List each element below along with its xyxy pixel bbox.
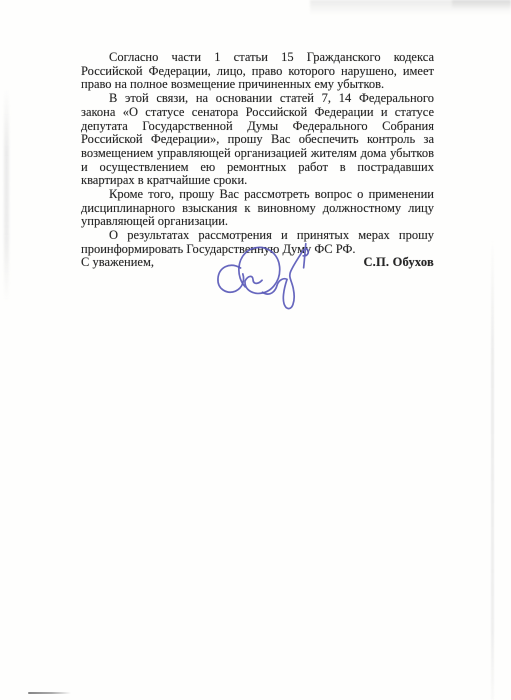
- scan-line-right-edge: [491, 238, 494, 700]
- paragraph: Кроме того, прошу Вас рассмотреть вопрос…: [81, 188, 434, 229]
- signature-stroke: [261, 244, 310, 310]
- scanned-letter-page: { "document": { "paragraphs": [ "Согласн…: [0, 0, 511, 700]
- scan-mark-bottom-left: [28, 692, 71, 694]
- letter-body: Согласно части 1 статьи 15 Гражданского …: [81, 51, 434, 257]
- signer-name: С.П. Обухов: [363, 255, 434, 270]
- scan-smudge-top-right-dark: [452, 0, 511, 9]
- paragraph: В этой связи, на основании статей 7, 14 …: [81, 92, 434, 188]
- closing-salutation: С уважением,: [81, 255, 154, 270]
- signature-stroke: [238, 247, 280, 294]
- paragraph: Согласно части 1 статьи 15 Гражданского …: [81, 51, 434, 92]
- signature-image: [211, 238, 329, 320]
- scan-line-left-edge: [4, 88, 9, 303]
